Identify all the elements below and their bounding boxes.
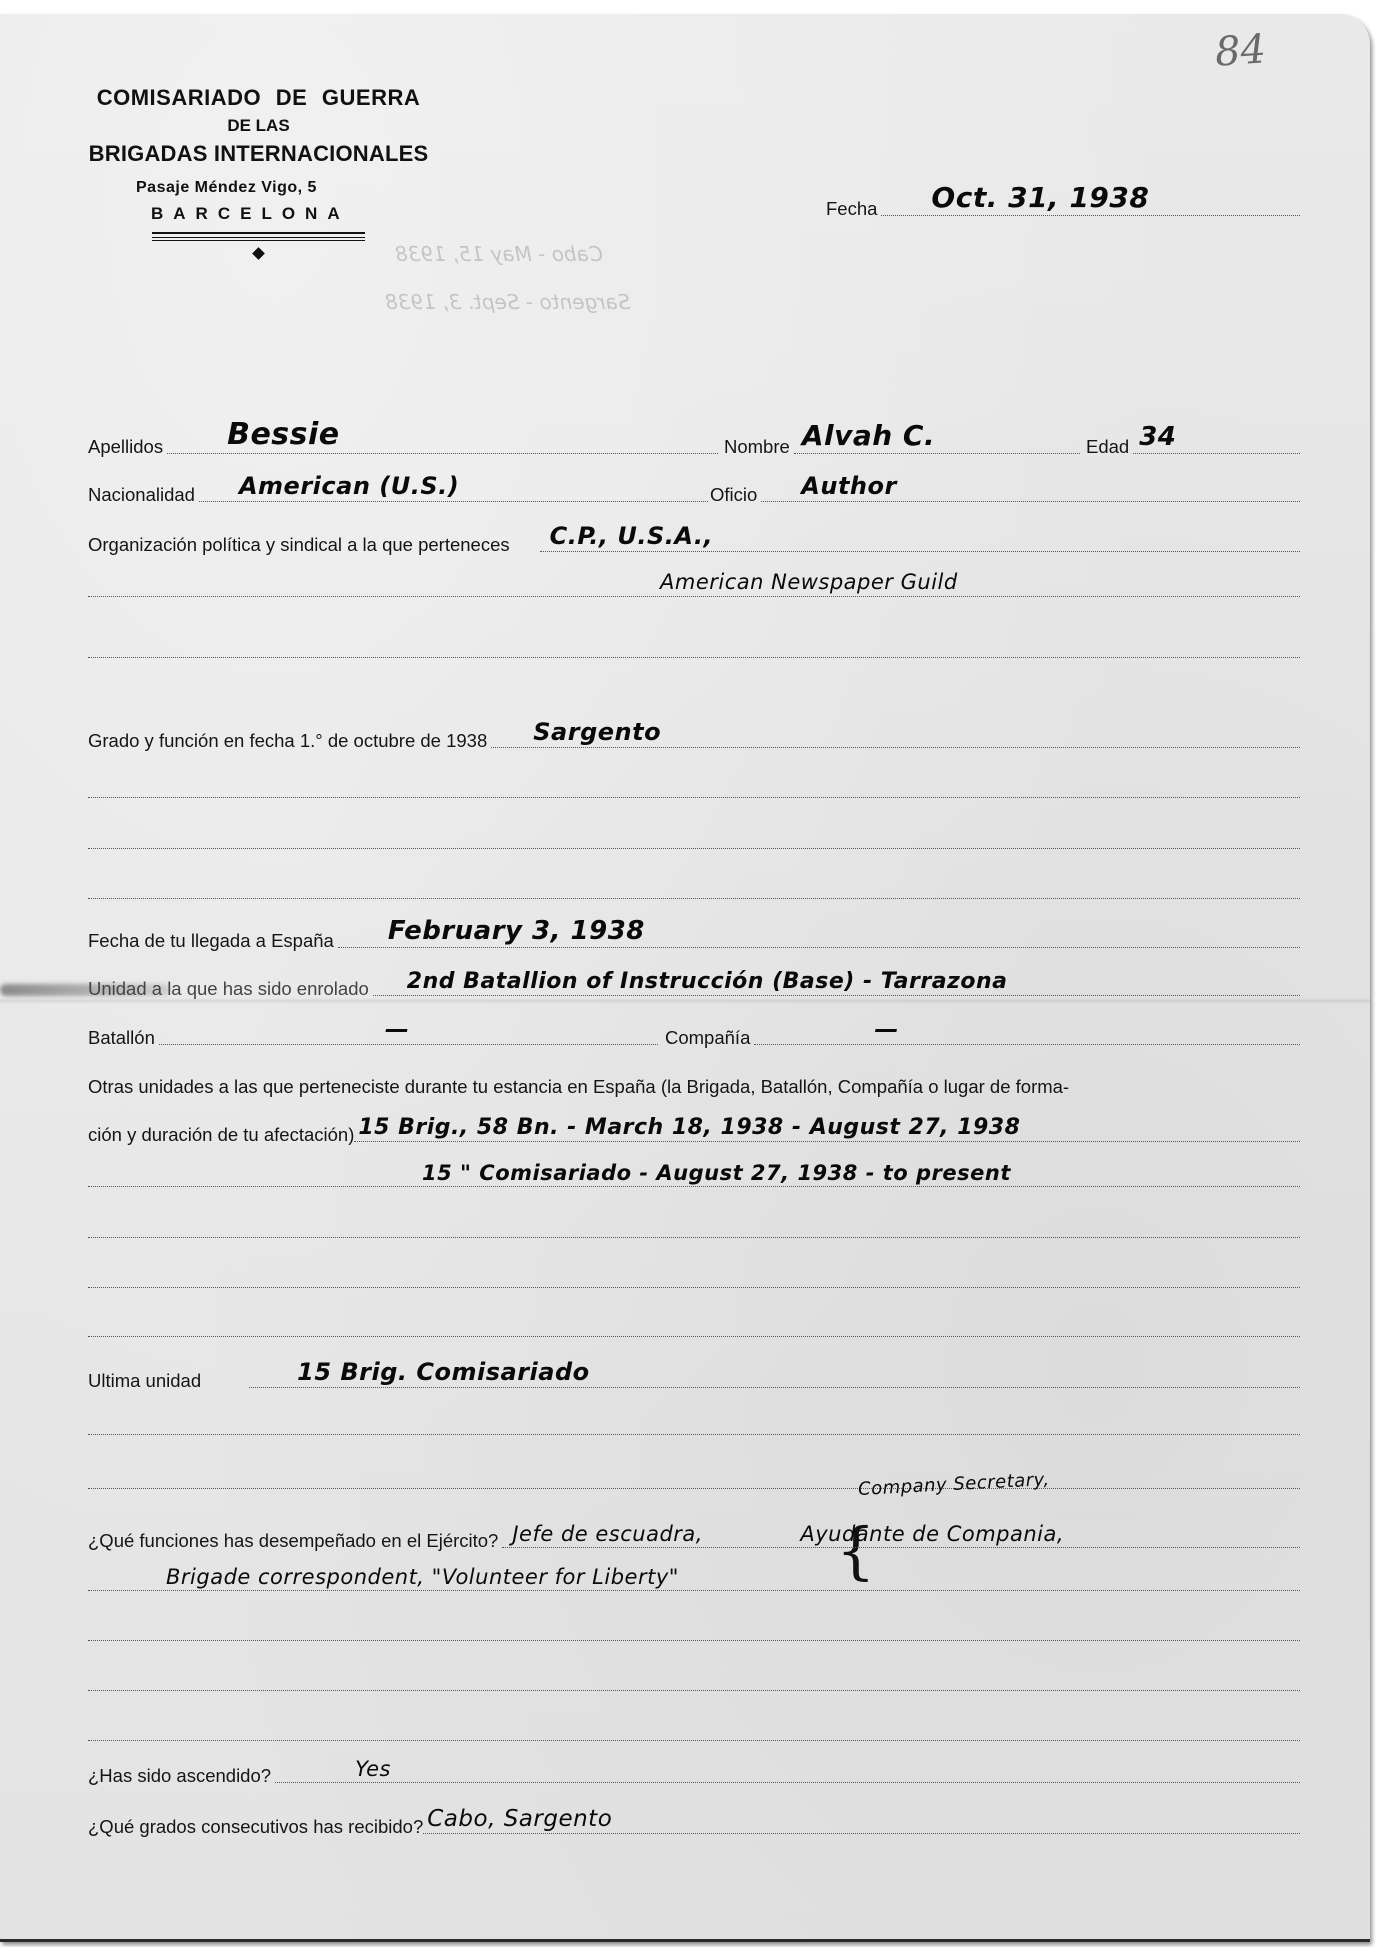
grado-line[interactable]: Sargento [491,747,1300,748]
apellidos-value: Bessie [227,417,340,452]
organizacion-line[interactable]: C.P., U.S.A., [540,551,1300,552]
letterhead-rule [152,232,365,238]
compania-label: Compañía [665,1027,750,1049]
page-number: 84 [1213,26,1267,75]
blank-line[interactable] [88,1434,1300,1435]
organizacion-label: Organización política y sindical a la qu… [88,534,510,556]
unidad-enrolado-field: Unidad a la que has sido enrolado 2nd Ba… [88,978,1300,1000]
ultima-unidad-line[interactable]: 15 Brig. Comisariado [249,1387,1300,1388]
organizacion-line-2[interactable]: American Newspaper Guild [88,596,1300,597]
grado-field: Grado y función en fecha 1.° de octubre … [88,730,1300,752]
organizacion-value-2: American Newspaper Guild [660,570,958,594]
nombre-label: Nombre [724,436,790,458]
edad-field: Edad 34 [1086,436,1300,458]
oficio-line[interactable]: Author [761,501,1300,502]
blank-line[interactable] [88,1336,1300,1337]
funciones-line[interactable]: Jefe de escuadra, Ayudante de Compania, [502,1547,1300,1548]
funciones-value-2: Ayudante de Compania, [800,1522,1064,1546]
apellidos-field: Apellidos Bessie [88,436,718,458]
funciones-line-2[interactable]: Brigade correspondent, "Volunteer for Li… [88,1590,1300,1591]
funciones-value: Jefe de escuadra, [512,1522,703,1546]
otras-unidades-value: 15 Brig., 58 Bn. - March 18, 1938 - Augu… [358,1115,1020,1140]
blank-line[interactable] [88,898,1300,899]
blank-line[interactable] [88,797,1300,798]
apellidos-label: Apellidos [88,436,163,458]
batallon-field: Batallón — [88,1027,658,1049]
llegada-label: Fecha de tu llegada a España [88,930,334,952]
blank-line[interactable] [88,1488,1300,1489]
grados-line[interactable]: Cabo, Sargento [423,1833,1300,1834]
letterhead: COMISARIADO DE GUERRA DE LAS BRIGADAS IN… [86,85,431,258]
compania-value: — [874,1015,899,1043]
blank-line[interactable] [88,1740,1300,1741]
otras-unidades-line-2[interactable]: 15 " Comisariado - August 27, 1938 - to … [88,1186,1300,1187]
otras-unidades-label: Otras unidades a las que perteneciste du… [88,1076,1069,1098]
letterhead-organization: BRIGADAS INTERNACIONALES [86,141,431,167]
llegada-line[interactable]: February 3, 1938 [338,947,1300,948]
otras-unidades-label-2: ción y duración de tu afectación) [88,1124,354,1146]
blank-line[interactable] [88,657,1300,658]
ascendido-label: ¿Has sido ascendido? [88,1765,271,1787]
ultima-unidad-field: Ultima unidad 15 Brig. Comisariado [88,1370,1300,1392]
blank-line[interactable] [88,848,1300,849]
unidad-enrolado-value: 2nd Batallion of Instrucción (Base) - Ta… [407,969,1008,994]
batallon-line[interactable]: — [159,1044,658,1045]
nombre-line[interactable]: Alvah C. [794,453,1080,454]
letterhead-city: BARCELONA [86,204,431,224]
blank-line[interactable] [88,1237,1300,1238]
unidad-enrolado-line[interactable]: 2nd Batallion of Instrucción (Base) - Ta… [373,995,1300,996]
apellidos-line[interactable]: Bessie [167,453,718,454]
oficio-field: Oficio Author [710,484,1300,506]
edad-label: Edad [1086,436,1129,458]
ascendido-value: Yes [355,1757,391,1781]
fecha-field: Fecha Oct. 31, 1938 [826,198,1300,220]
letterhead-rule-thin [152,240,365,241]
batallon-value: — [385,1015,410,1043]
grado-value: Sargento [533,718,661,746]
otras-unidades-label-row: Otras unidades a las que perteneciste du… [88,1076,1308,1098]
oficio-label: Oficio [710,484,757,506]
ultima-unidad-label: Ultima unidad [88,1370,201,1392]
blank-line[interactable] [88,1640,1300,1641]
ultima-unidad-value: 15 Brig. Comisariado [297,1358,590,1386]
oficio-value: Author [801,472,897,500]
nacionalidad-line[interactable]: American (U.S.) [199,501,708,502]
funciones-field: ¿Qué funciones has desempeñado en el Ejé… [88,1530,1300,1552]
organizacion-value: C.P., U.S.A., [550,522,713,550]
edad-value: 34 [1139,422,1176,452]
letterhead-subtitle: DE LAS [86,116,431,136]
blank-line[interactable] [88,1690,1300,1691]
unidad-enrolado-label: Unidad a la que has sido enrolado [88,978,369,1000]
ascendido-line[interactable]: Yes [275,1782,1300,1783]
otras-unidades-line[interactable]: 15 Brig., 58 Bn. - March 18, 1938 - Augu… [354,1141,1300,1142]
letterhead-title: COMISARIADO DE GUERRA [86,85,431,111]
compania-field: Compañía — [665,1027,1300,1049]
llegada-value: February 3, 1938 [388,916,645,946]
nacionalidad-field: Nacionalidad American (U.S.) [88,484,708,506]
llegada-field: Fecha de tu llegada a España February 3,… [88,930,1300,952]
funciones-value-3: Brigade correspondent, "Volunteer for Li… [166,1565,679,1589]
letterhead-address: Pasaje Méndez Vigo, 5 [86,179,431,197]
funciones-label: ¿Qué funciones has desempeñado en el Ejé… [88,1530,498,1552]
compania-line[interactable]: — [754,1044,1300,1045]
batallon-label: Batallón [88,1027,155,1049]
edad-line[interactable]: 34 [1133,453,1300,454]
grado-label: Grado y función en fecha 1.° de octubre … [88,730,487,752]
bleed-through-text: Sargento - Sept. 3, 1938 [385,290,630,314]
blank-line[interactable] [88,1287,1300,1288]
otras-unidades-field: ción y duración de tu afectación) 15 Bri… [88,1124,1300,1146]
nombre-field: Nombre Alvah C. [724,436,1080,458]
grados-label: ¿Qué grados consecutivos has recibido? [88,1816,423,1838]
fecha-value: Oct. 31, 1938 [931,181,1149,214]
grados-value: Cabo, Sargento [427,1806,612,1832]
grados-field: ¿Qué grados consecutivos has recibido? C… [88,1816,1300,1838]
fecha-line[interactable]: Oct. 31, 1938 [881,215,1300,216]
bleed-through-text: Cabo - May 15, 1938 [395,242,603,266]
nacionalidad-label: Nacionalidad [88,484,195,506]
fecha-label: Fecha [826,198,877,220]
nombre-value: Alvah C. [802,419,935,452]
ascendido-field: ¿Has sido ascendido? Yes [88,1765,1300,1787]
diamond-ornament-icon [252,247,265,260]
nacionalidad-value: American (U.S.) [239,472,459,500]
otras-unidades-value-2: 15 " Comisariado - August 27, 1938 - to … [422,1161,1011,1185]
organizacion-field: Organización política y sindical a la qu… [88,534,1300,556]
